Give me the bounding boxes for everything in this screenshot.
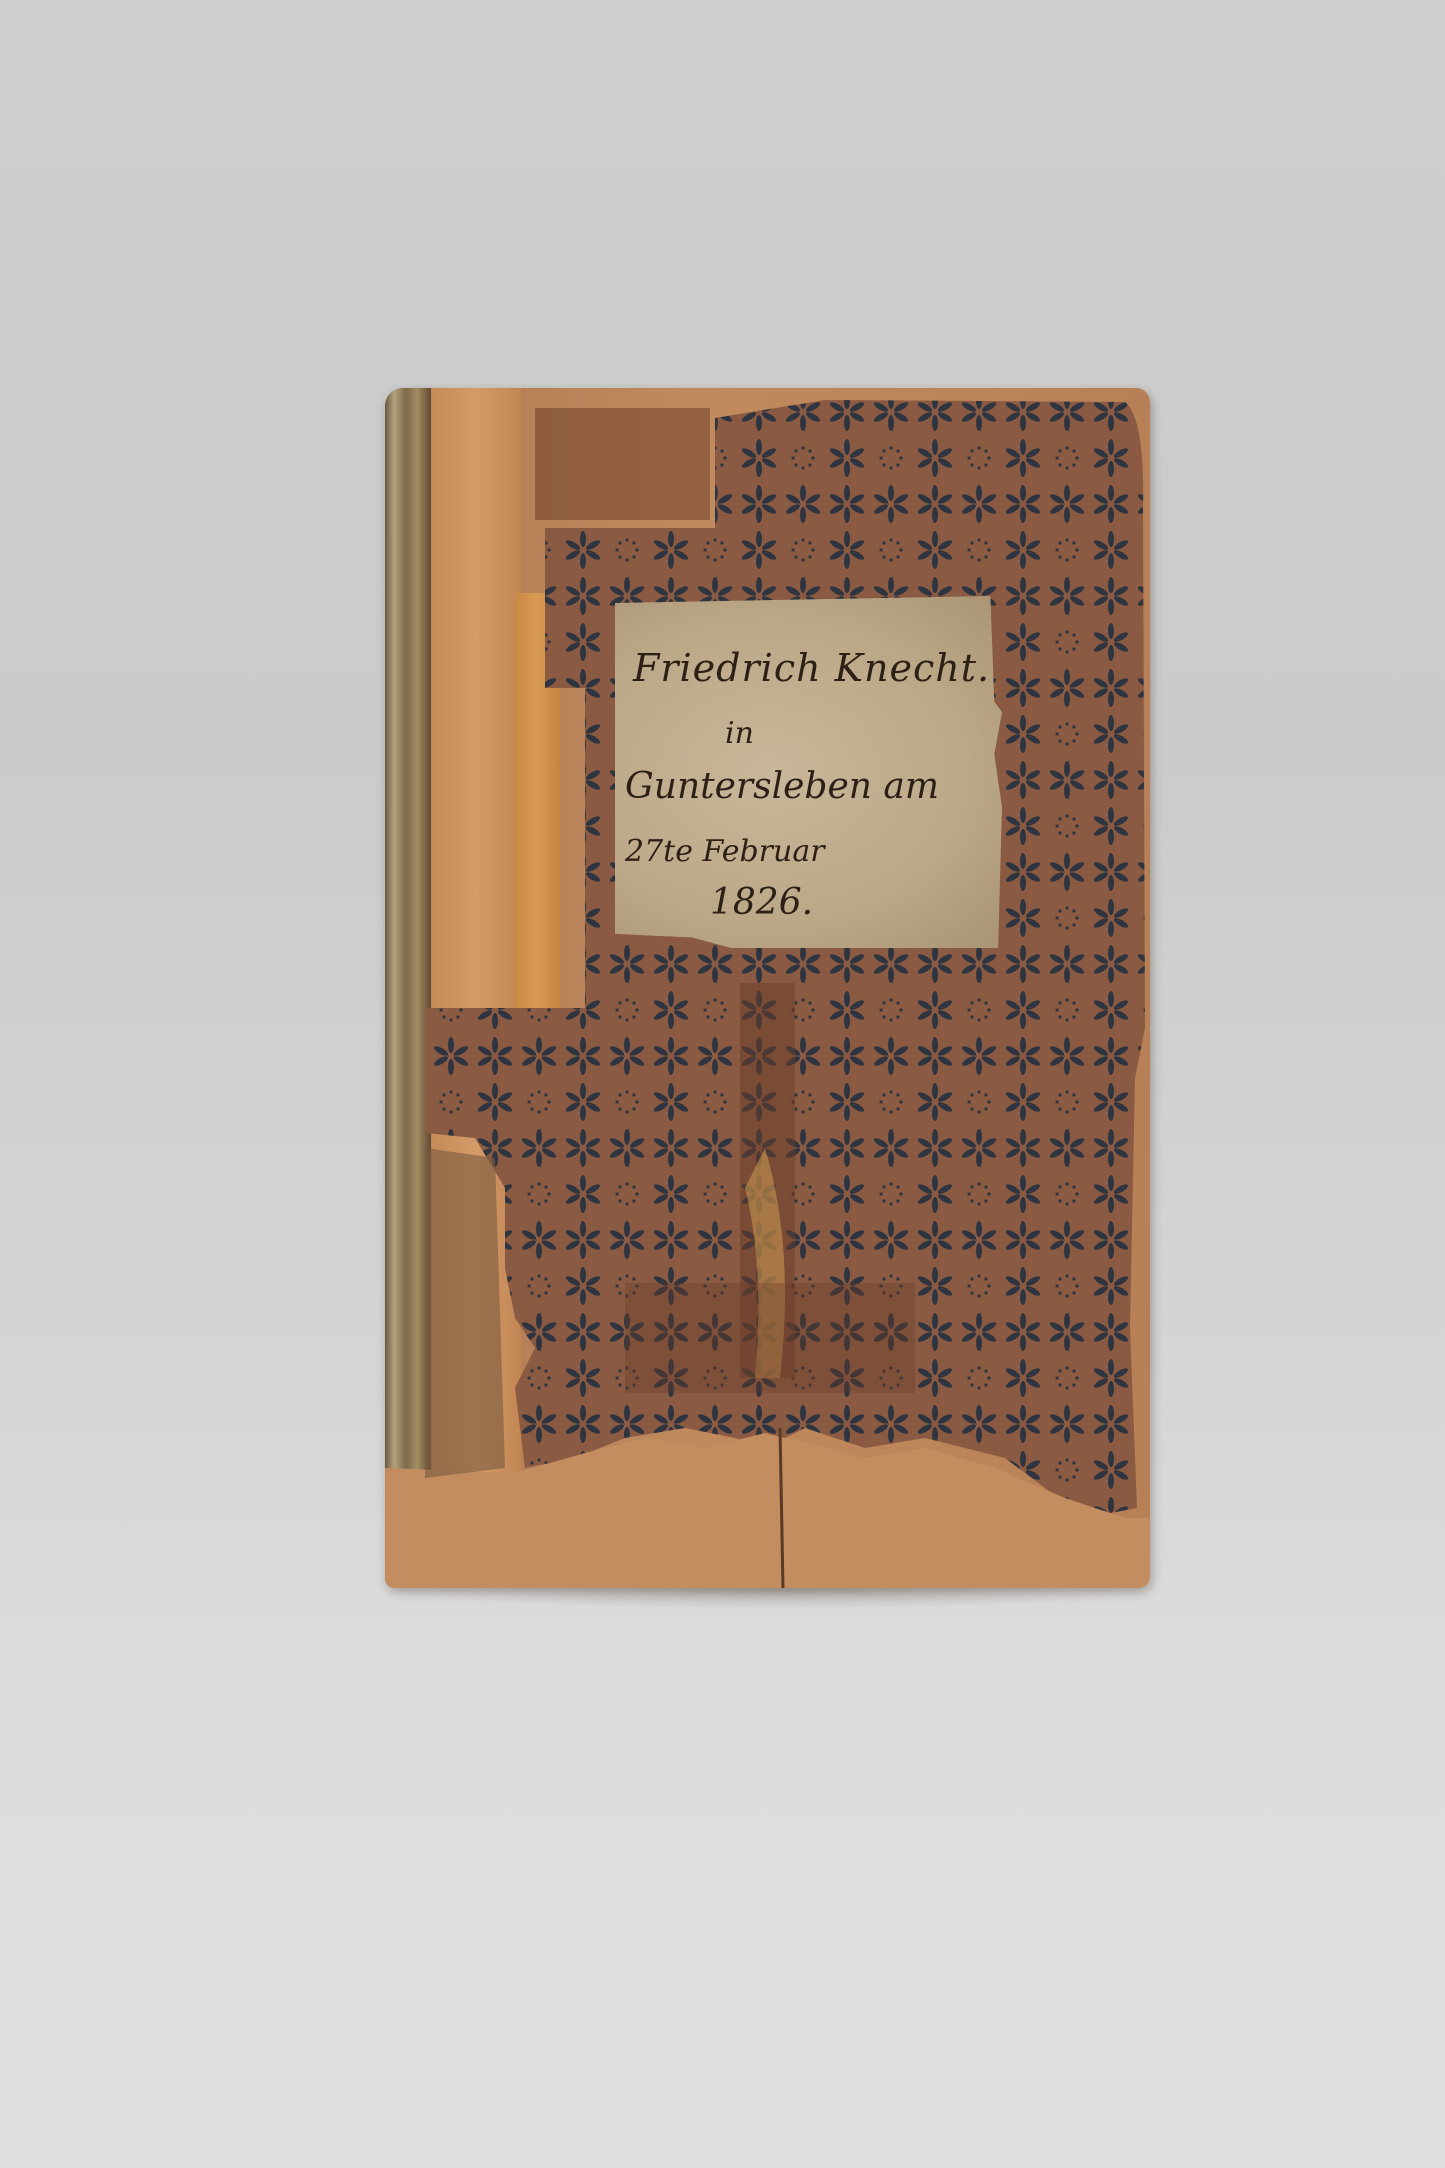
handwritten-label: Friedrich Knecht. in Guntersleben am 27t… [615,596,1002,948]
label-line-year: 1826. [710,882,813,923]
old-book: Friedrich Knecht. in Guntersleben am 27t… [385,388,1150,1588]
label-line-name: Friedrich Knecht. [633,646,990,690]
patterned-paper [385,388,1150,1588]
label-line-in: in [725,716,754,751]
label-line-place: Guntersleben am [625,766,939,807]
label-line-date: 27te Februar [625,834,825,869]
